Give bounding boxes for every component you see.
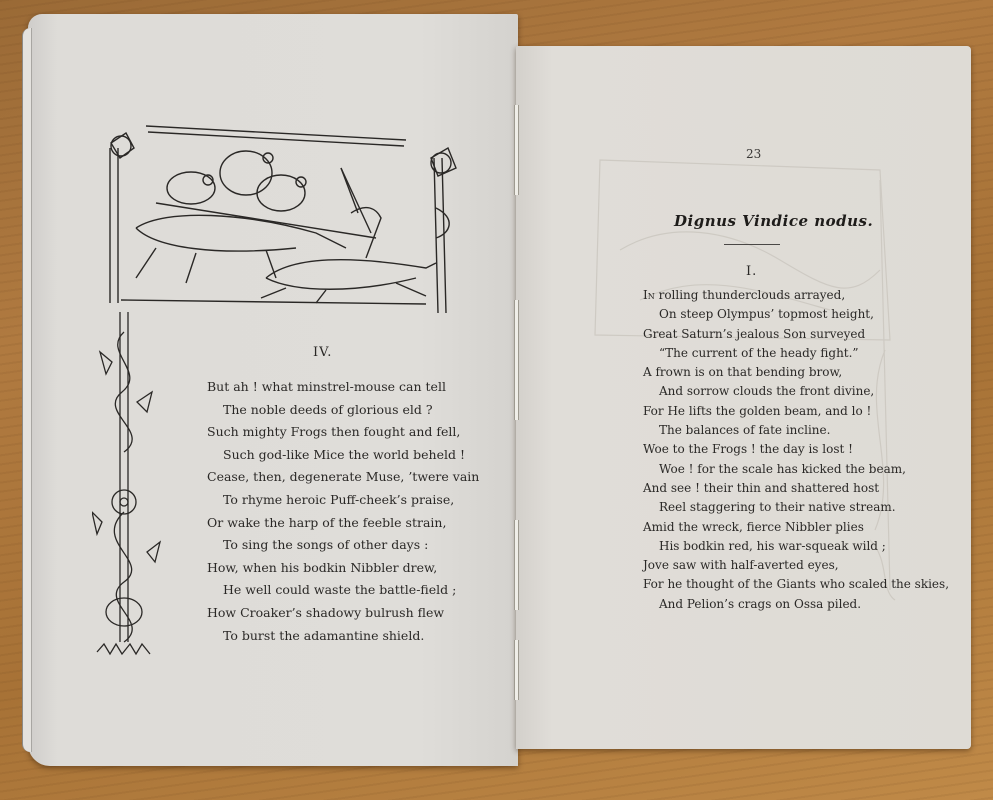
verse-line: Such god-like Mice the world beheld ! (207, 444, 479, 467)
verse-line: “The current of the heady fight.” (643, 344, 949, 363)
verse-line: To rhyme heroic Puff-cheek’s praise, (207, 489, 479, 512)
verse-line: Amid the wreck, fierce Nibbler plies (643, 518, 949, 537)
title-rule (724, 244, 780, 245)
poem-stanza-left: But ah ! what minstrel-mouse can tell Th… (207, 376, 479, 647)
dropcap-word: In (643, 288, 655, 302)
verse-line: And sorrow clouds the front divine, (643, 382, 949, 401)
verse-line: His bodkin red, his war-squeak wild ; (643, 537, 949, 556)
battle-illustration (96, 118, 466, 318)
verse-line: How, when his bodkin Nibbler drew, (207, 557, 479, 580)
verse-line: The noble deeds of glorious eld ? (207, 399, 479, 422)
verse-line: For He lifts the golden beam, and lo ! (643, 402, 949, 421)
binding-stitch (514, 640, 519, 700)
poem-stanza-right: In rolling thunderclouds arrayed, On ste… (643, 286, 949, 614)
verse-line: How Croaker’s shadowy bulrush flew (207, 602, 479, 625)
verse-line: A frown is on that bending brow, (643, 363, 949, 382)
stanza-number: IV. (313, 345, 332, 360)
vine-border-ornament (92, 312, 162, 662)
verse-line: He well could waste the battle-field ; (207, 579, 479, 602)
binding-stitch (514, 520, 519, 610)
binding-stitch (514, 105, 519, 195)
verse-line: For he thought of the Giants who scaled … (643, 575, 949, 594)
verse-line: Jove saw with half-averted eyes, (643, 556, 949, 575)
verse-line: Cease, then, degenerate Muse, ’twere vai… (207, 466, 479, 489)
verse-line: To sing the songs of other days : (207, 534, 479, 557)
verse-line: Reel staggering to their native stream. (643, 498, 949, 517)
verse-line: And Pelion’s crags on Ossa piled. (643, 595, 949, 614)
verse-line: On steep Olympus’ topmost height, (643, 305, 949, 324)
verse-line: The balances of fate incline. (643, 421, 949, 440)
verse-line: To burst the adamantine shield. (207, 625, 479, 648)
verse-line: Or wake the harp of the feeble strain, (207, 512, 479, 535)
verse-line: Woe ! for the scale has kicked the beam, (643, 460, 949, 479)
verse-line: Great Saturn’s jealous Son surveyed (643, 325, 949, 344)
verse-line: rolling thunderclouds arrayed, (659, 288, 846, 302)
poem-title: Dignus Vindice nodus. (674, 212, 873, 230)
verse-line: And see ! their thin and shattered host (643, 479, 949, 498)
stanza-number: I. (746, 264, 757, 279)
page-number: 23 (746, 147, 761, 161)
verse-line: Such mighty Frogs then fought and fell, (207, 421, 479, 444)
verse-line: Woe to the Frogs ! the day is lost ! (643, 440, 949, 459)
binding-stitch (514, 300, 519, 420)
verse-line: But ah ! what minstrel-mouse can tell (207, 376, 479, 399)
page-stack-edge (22, 28, 32, 752)
